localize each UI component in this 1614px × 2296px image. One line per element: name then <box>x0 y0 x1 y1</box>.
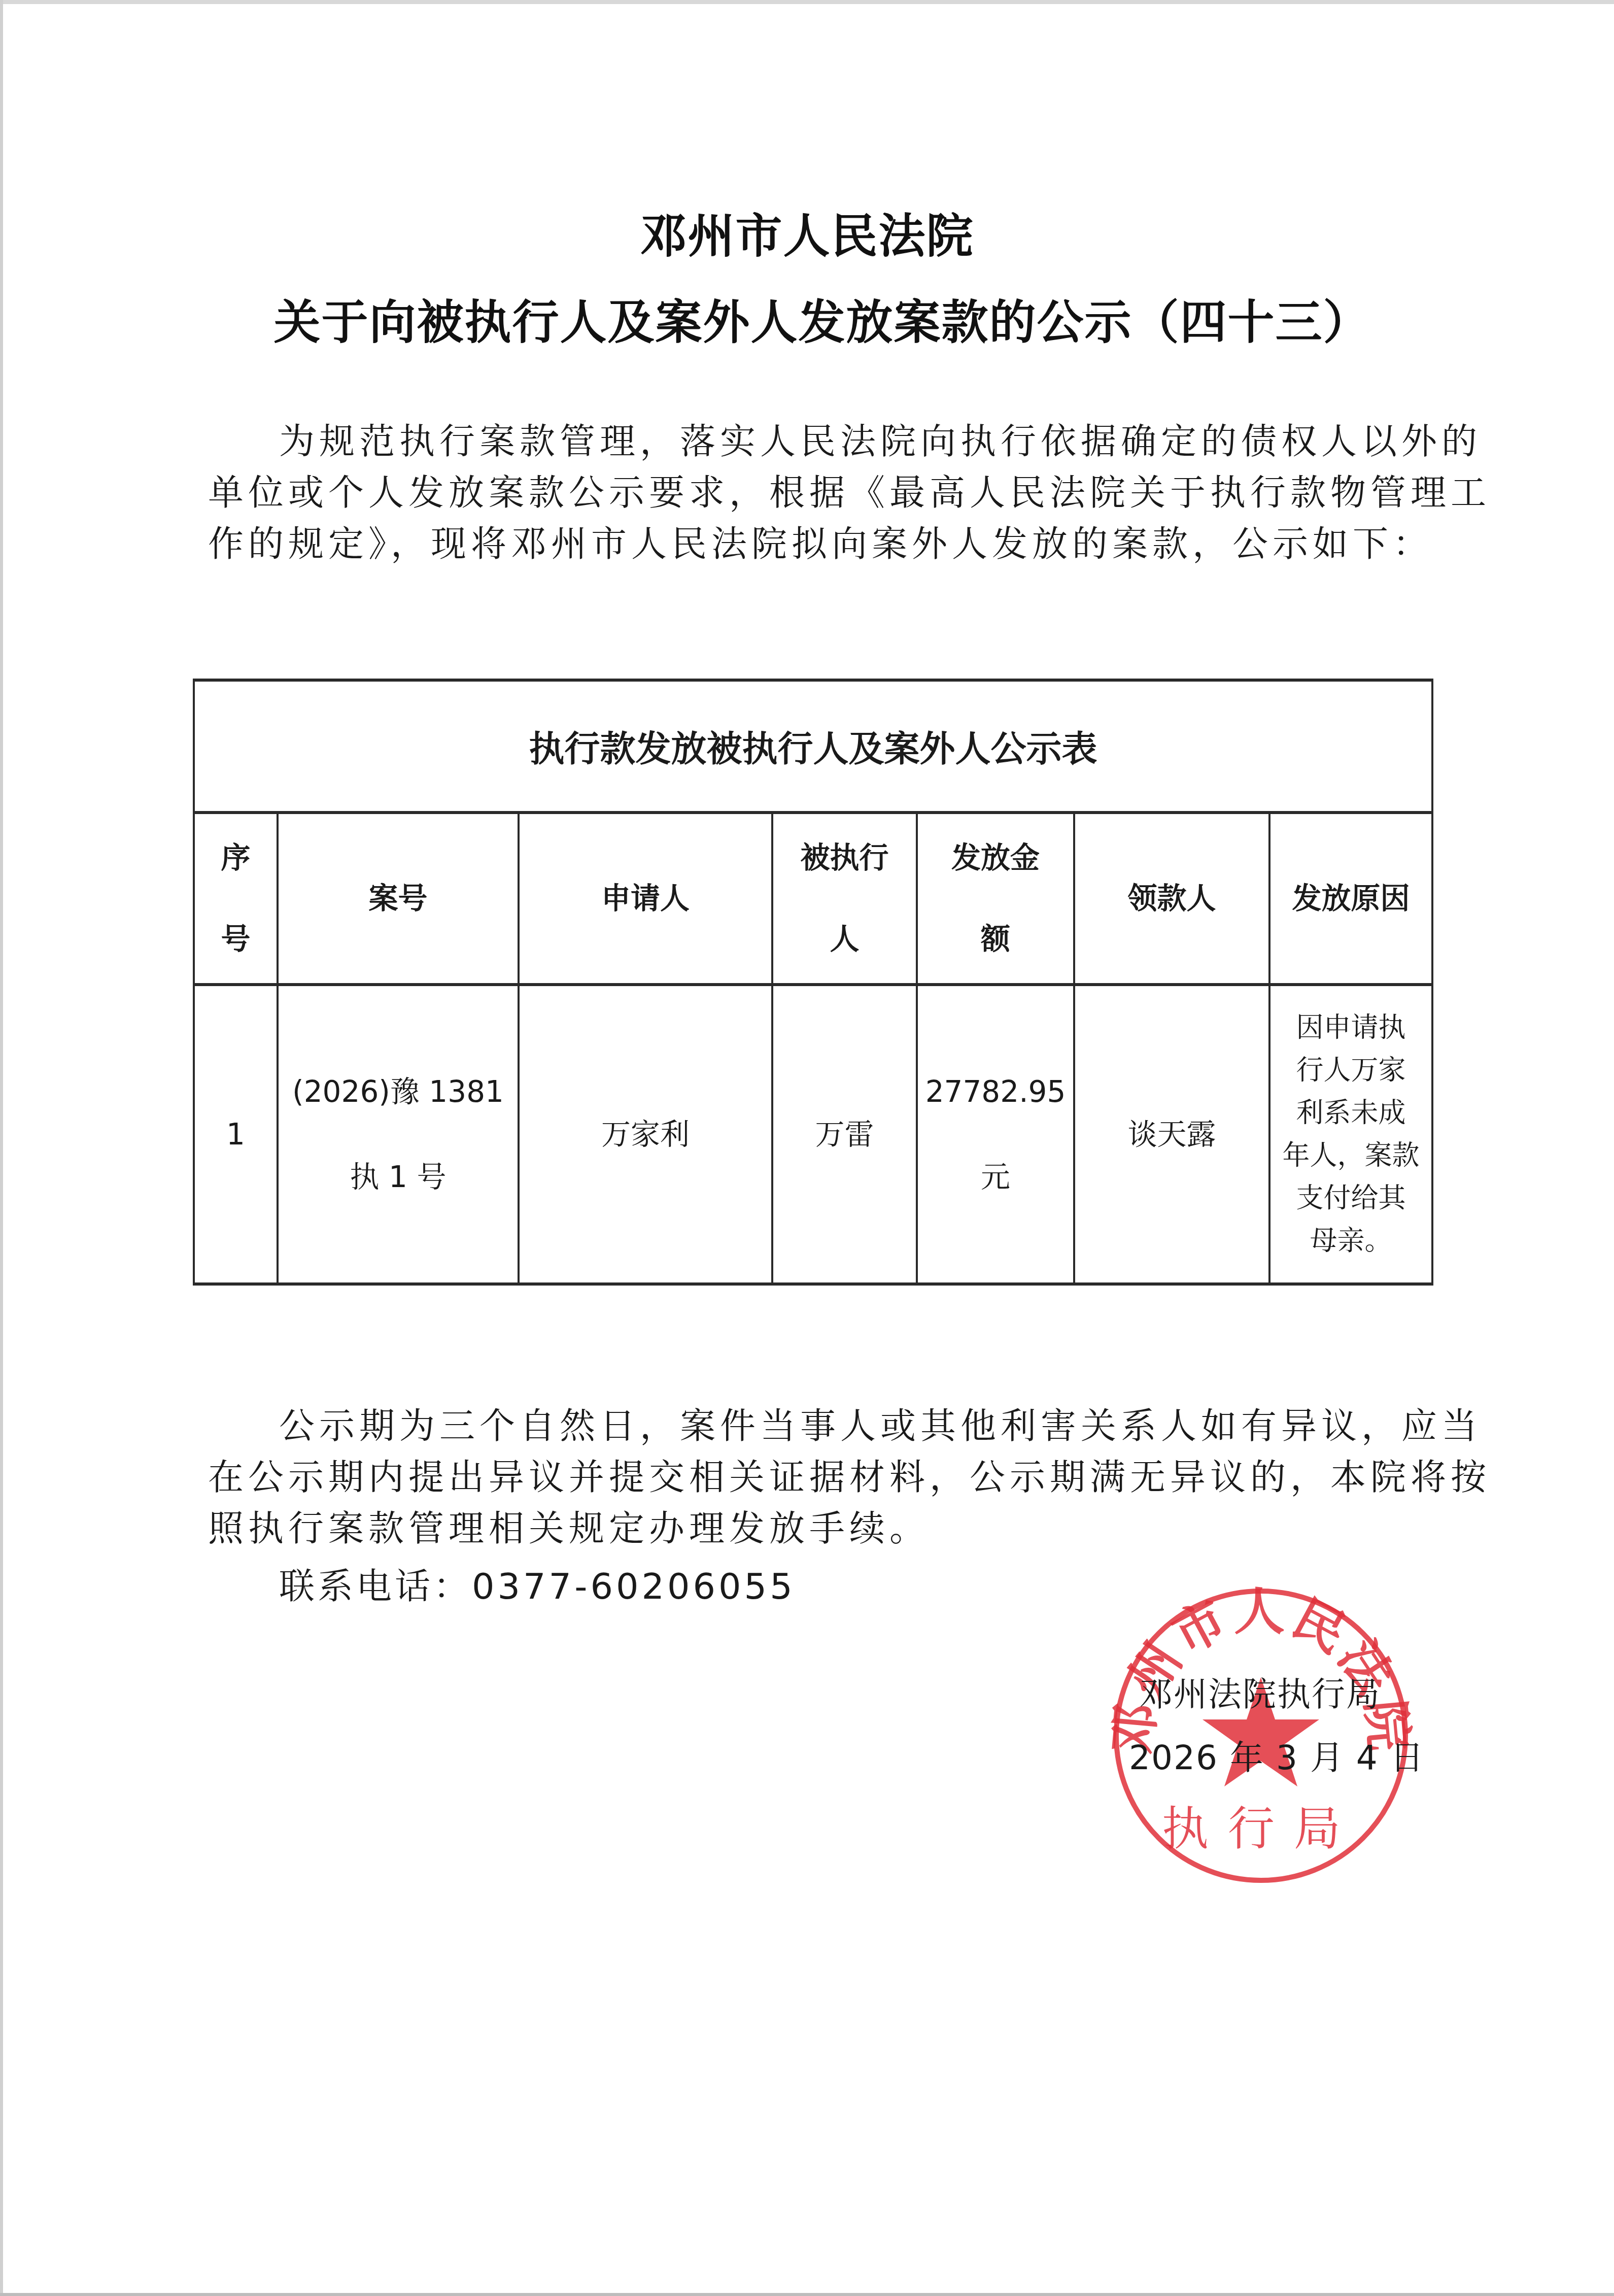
cell-respondent: 万雷 <box>773 986 916 1282</box>
seal-bottom-text: 执行局 <box>1162 1802 1360 1856</box>
cell-text: 行人万家 <box>1296 1049 1406 1092</box>
page-edge-top <box>0 0 1614 4</box>
page-edge-bottom <box>0 2293 1614 2296</box>
header-text: 发放原因 <box>1292 858 1410 939</box>
cell-text: 1 <box>226 1092 245 1177</box>
cell-case-no: (2026)豫 1381执 1 号 <box>279 986 518 1282</box>
cell-text: 母亲。 <box>1310 1220 1392 1262</box>
closing-line: 在公示期内提出异议并提交相关证据材料，公示期满无异议的，本院将按 <box>208 1452 1436 1503</box>
header-text: 案号 <box>368 858 427 939</box>
cell-amount: 27782.95元 <box>918 986 1073 1282</box>
header-text: 发放金 <box>951 817 1040 898</box>
cell-text: 谈天露 <box>1127 1092 1216 1177</box>
cell-text: 万雷 <box>815 1092 874 1177</box>
header-text: 额 <box>981 898 1010 980</box>
cell-applicant: 万家利 <box>520 986 771 1282</box>
cell-text: 因申请执 <box>1296 1006 1406 1049</box>
cell-text: 支付给其 <box>1296 1177 1406 1220</box>
header-recipient: 领款人 <box>1075 814 1268 983</box>
cell-text: 27782.95 <box>925 1049 1066 1134</box>
closing-line: 公示期为三个自然日，案件当事人或其他利害关系人如有异议，应当 <box>208 1401 1436 1452</box>
cell-reason: 因申请执 行人万家 利系未成 年人，案款 支付给其 母亲。 <box>1270 986 1431 1282</box>
cell-text: 元 <box>981 1134 1010 1220</box>
page-edge-left <box>0 0 3 2296</box>
header-seq: 序号 <box>195 814 277 983</box>
header-text: 人 <box>830 898 859 980</box>
document-title-court: 邓州市人民法院 <box>0 199 1614 266</box>
header-text: 号 <box>221 898 250 980</box>
cell-seq: 1 <box>195 986 277 1282</box>
cell-text: (2026)豫 1381 <box>292 1049 504 1134</box>
cell-text: 利系未成 <box>1296 1092 1406 1134</box>
header-applicant: 申请人 <box>520 814 771 983</box>
intro-line: 作的规定》，现将邓州市人民法院拟向案外人发放的案款，公示如下： <box>208 519 1436 570</box>
intro-line: 单位或个人发放案款公示要求，根据《最高人民法院关于执行款物管理工 <box>208 467 1436 519</box>
header-text: 领款人 <box>1127 858 1216 939</box>
signature-date: 2026 年 3 月 4 日 <box>1129 1731 1433 1779</box>
table-title: 执行款发放被执行人及案外人公示表 <box>193 682 1433 811</box>
header-text: 被执行 <box>800 817 888 898</box>
header-text: 序 <box>221 817 250 898</box>
cell-text: 万家利 <box>601 1092 690 1177</box>
header-amount: 发放金额 <box>918 814 1073 983</box>
document-title-notice: 关于向被执行人及案外人发放案款的公示（四十三） <box>15 285 1614 352</box>
intro-line: 为规范执行案款管理，落实人民法院向执行依据确定的债权人以外的 <box>208 416 1436 467</box>
closing-paragraph: 公示期为三个自然日，案件当事人或其他利害关系人如有异议，应当 在公示期内提出异议… <box>208 1401 1436 1555</box>
table-border-bottom <box>193 1282 1433 1286</box>
signature-org: 邓州法院执行局 <box>1139 1667 1444 1715</box>
closing-line: 照执行案款管理相关规定办理发放手续。 <box>208 1503 1436 1555</box>
cell-recipient: 谈天露 <box>1075 986 1268 1282</box>
header-respondent: 被执行人 <box>773 814 916 983</box>
header-text: 申请人 <box>601 858 690 939</box>
disbursement-table: 执行款发放被执行人及案外人公示表 序号 案号 申请人 被执行人 发放金额 领款人… <box>193 679 1433 1286</box>
cell-text: 年人，案款 <box>1283 1134 1420 1177</box>
intro-paragraph: 为规范执行案款管理，落实人民法院向执行依据确定的债权人以外的 单位或个人发放案款… <box>208 416 1436 570</box>
header-case-no: 案号 <box>279 814 518 983</box>
header-reason: 发放原因 <box>1270 814 1431 983</box>
cell-text: 执 1 号 <box>350 1134 447 1220</box>
contact-phone: 联系电话：0377-60206055 <box>279 1558 796 1609</box>
